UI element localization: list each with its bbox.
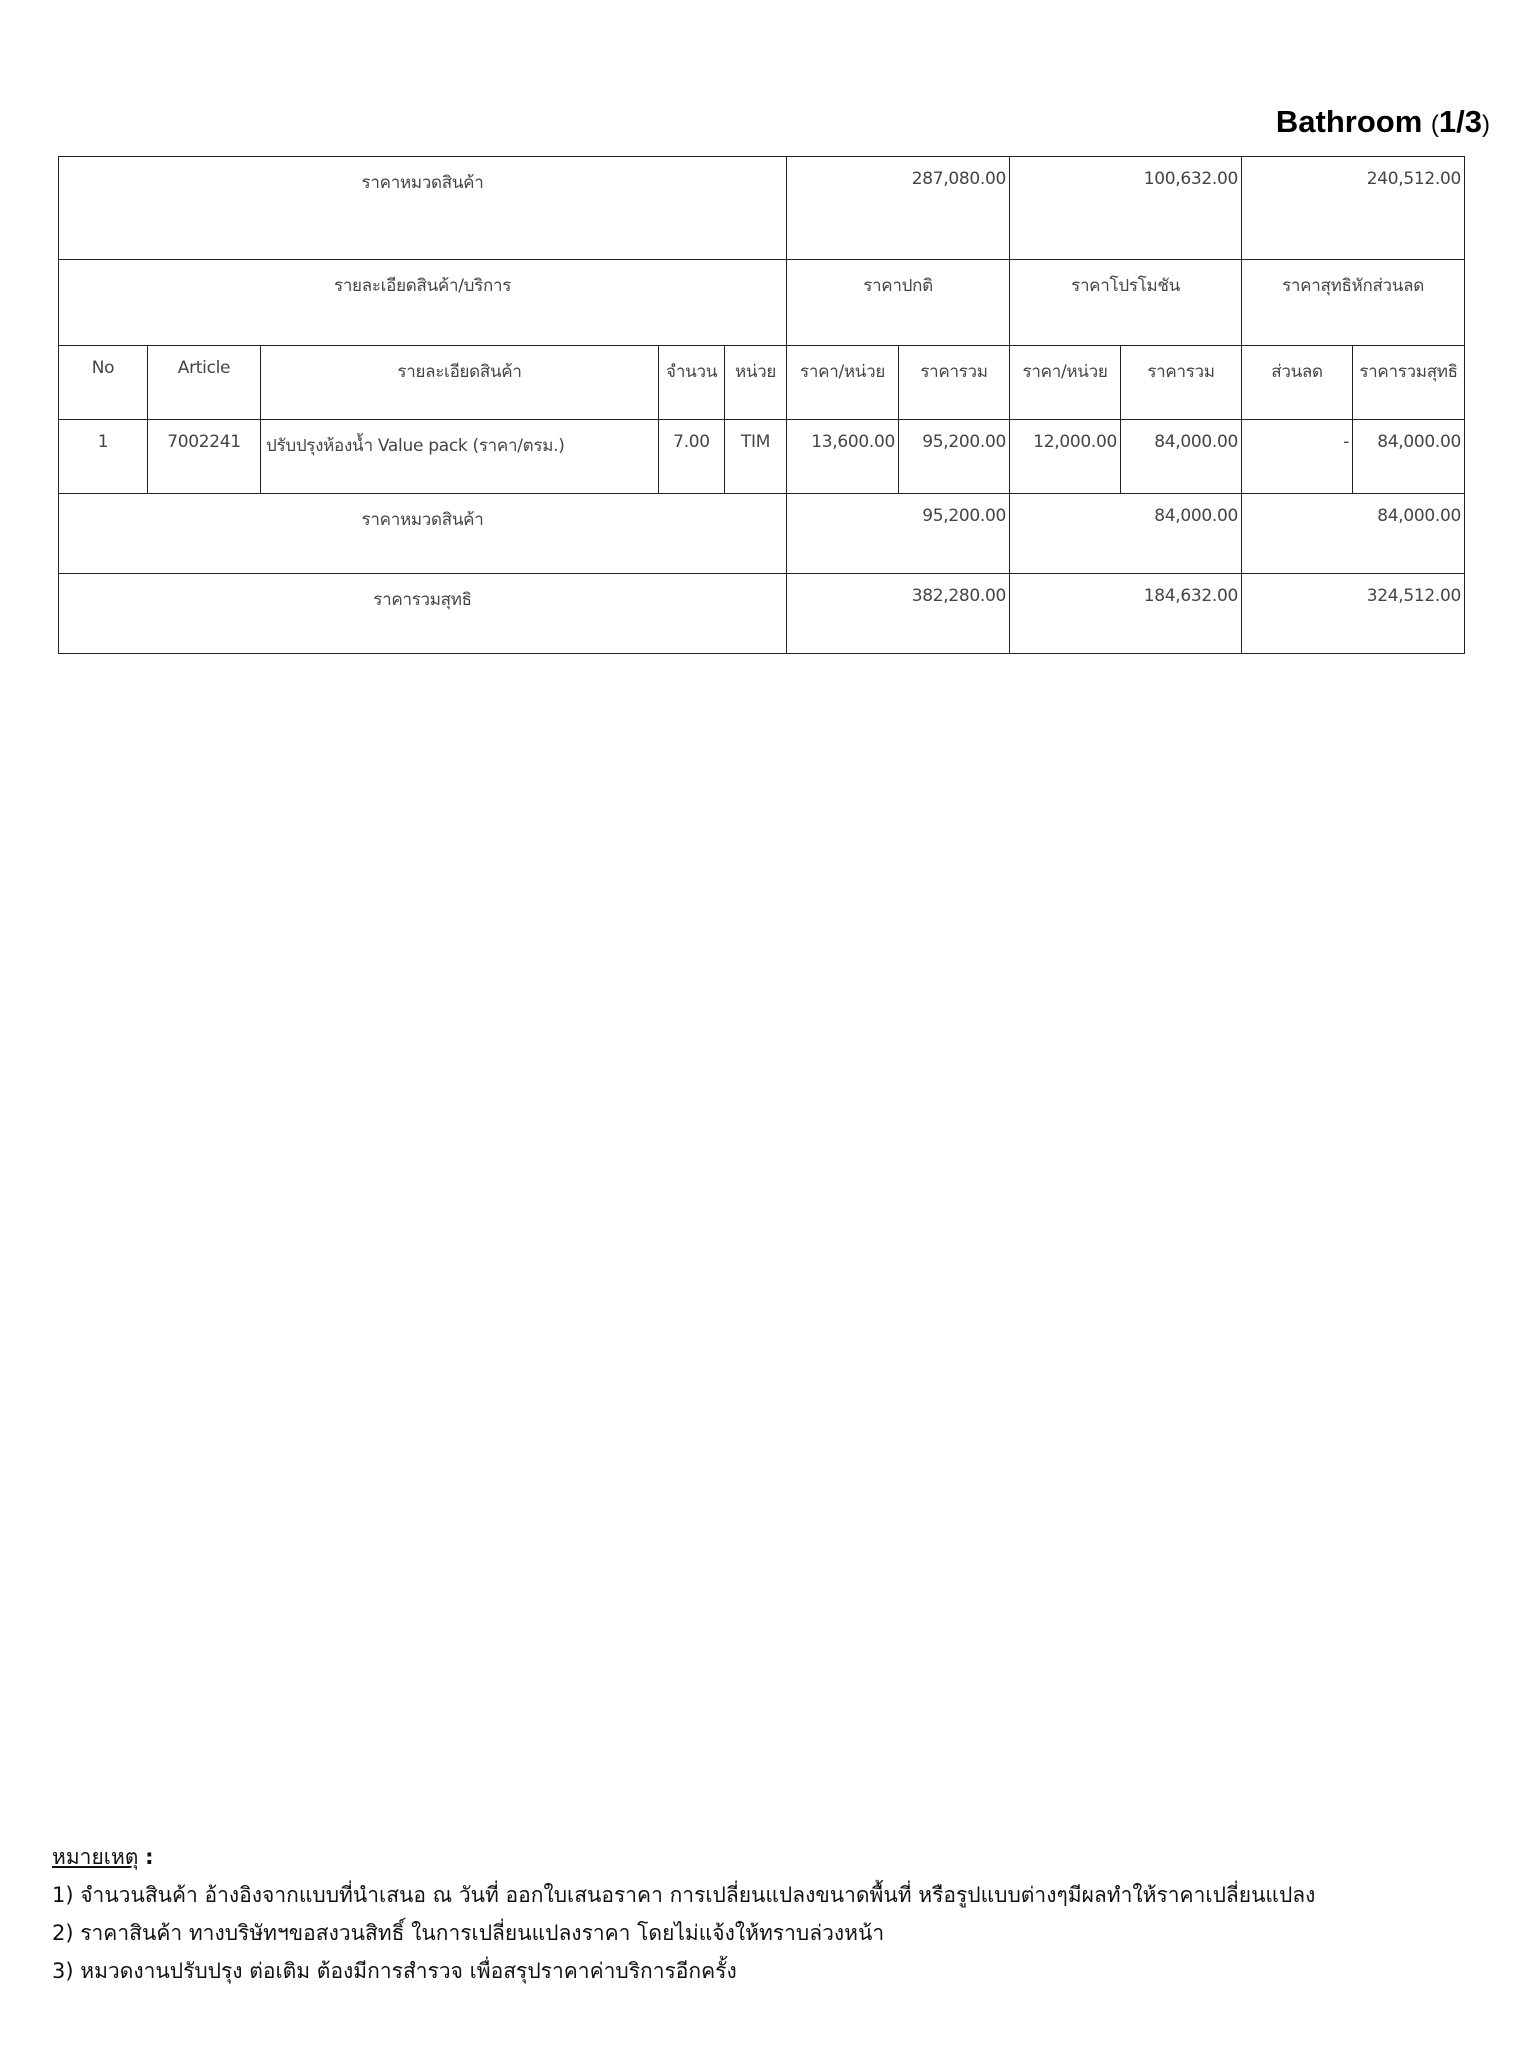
row-description: ปรับปรุงห้องน้ำ Value pack (ราคา/ตรม.) xyxy=(261,420,659,494)
column-header-unit: หน่วย xyxy=(725,346,787,420)
group-header-promotion-price: ราคาโปรโมชัน xyxy=(1010,260,1242,346)
grand-regular-price-total: 382,280.00 xyxy=(787,574,1010,654)
column-header-description: รายละเอียดสินค้า xyxy=(261,346,659,420)
row-regular-unit-price: 13,600.00 xyxy=(787,420,899,494)
notes-title: หมายเหตุ xyxy=(52,1845,138,1869)
column-header-discount: ส่วนลด xyxy=(1242,346,1353,420)
page-indicator: 1/3 xyxy=(1439,104,1482,139)
row-promo-total: 84,000.00 xyxy=(1121,420,1242,494)
row-unit: TIM xyxy=(725,420,787,494)
note-item-2: 2) ราคาสินค้า ทางบริษัทฯขอสงวนสิทธิ์ ในก… xyxy=(52,1914,1315,1952)
previous-category-total-label: ราคาหมวดสินค้า xyxy=(59,157,787,260)
column-header-promo-unit-price: ราคา/หน่วย xyxy=(1010,346,1121,420)
column-header-row: No Article รายละเอียดสินค้า จำนวน หน่วย … xyxy=(59,346,1465,420)
category-total-label: ราคาหมวดสินค้า xyxy=(59,494,787,574)
category-regular-price-total: 95,200.00 xyxy=(787,494,1010,574)
table-row: 1 7002241 ปรับปรุงห้องน้ำ Value pack (รา… xyxy=(59,420,1465,494)
group-header-regular-price: ราคาปกติ xyxy=(787,260,1010,346)
row-article: 7002241 xyxy=(148,420,261,494)
section-name: Bathroom xyxy=(1276,104,1422,139)
previous-regular-price-total: 287,080.00 xyxy=(787,157,1010,260)
notes-heading: หมายเหตุ : xyxy=(52,1838,1315,1876)
row-promo-unit-price: 12,000.00 xyxy=(1010,420,1121,494)
row-net-total: 84,000.00 xyxy=(1353,420,1465,494)
column-header-quantity: จำนวน xyxy=(659,346,725,420)
notes-section: หมายเหตุ : 1) จำนวนสินค้า อ้างอิงจากแบบท… xyxy=(52,1838,1315,1990)
grand-net-price-total: 324,512.00 xyxy=(1242,574,1465,654)
group-header-details: รายละเอียดสินค้า/บริการ xyxy=(59,260,787,346)
column-header-net-total: ราคารวมสุทธิ xyxy=(1353,346,1465,420)
column-header-regular-unit-price: ราคา/หน่วย xyxy=(787,346,899,420)
notes-colon: : xyxy=(145,1845,153,1869)
previous-category-total-row: ราคาหมวดสินค้า 287,080.00 100,632.00 240… xyxy=(59,157,1465,260)
group-header-row: รายละเอียดสินค้า/บริการ ราคาปกติ ราคาโปร… xyxy=(59,260,1465,346)
grand-total-row: ราคารวมสุทธิ 382,280.00 184,632.00 324,5… xyxy=(59,574,1465,654)
note-item-3: 3) หมวดงานปรับปรุง ต่อเติม ต้องมีการสำรว… xyxy=(52,1952,1315,1990)
grand-total-label: ราคารวมสุทธิ xyxy=(59,574,787,654)
page-title: Bathroom (1/3) xyxy=(1276,104,1490,140)
category-net-price-total: 84,000.00 xyxy=(1242,494,1465,574)
row-discount: - xyxy=(1242,420,1353,494)
column-header-no: No xyxy=(59,346,148,420)
previous-net-price-total: 240,512.00 xyxy=(1242,157,1465,260)
category-promotion-price-total: 84,000.00 xyxy=(1010,494,1242,574)
note-item-1: 1) จำนวนสินค้า อ้างอิงจากแบบที่นำเสนอ ณ … xyxy=(52,1876,1315,1914)
grand-promotion-price-total: 184,632.00 xyxy=(1010,574,1242,654)
category-total-row: ราคาหมวดสินค้า 95,200.00 84,000.00 84,00… xyxy=(59,494,1465,574)
column-header-regular-total: ราคารวม xyxy=(899,346,1010,420)
row-no: 1 xyxy=(59,420,148,494)
quotation-table: ราคาหมวดสินค้า 287,080.00 100,632.00 240… xyxy=(58,156,1465,654)
previous-promotion-price-total: 100,632.00 xyxy=(1010,157,1242,260)
page-open-paren: ( xyxy=(1431,111,1439,138)
column-header-article: Article xyxy=(148,346,261,420)
page-close-paren: ) xyxy=(1482,111,1490,138)
row-regular-total: 95,200.00 xyxy=(899,420,1010,494)
column-header-promo-total: ราคารวม xyxy=(1121,346,1242,420)
row-quantity: 7.00 xyxy=(659,420,725,494)
group-header-net-discounted: ราคาสุทธิหักส่วนลด xyxy=(1242,260,1465,346)
